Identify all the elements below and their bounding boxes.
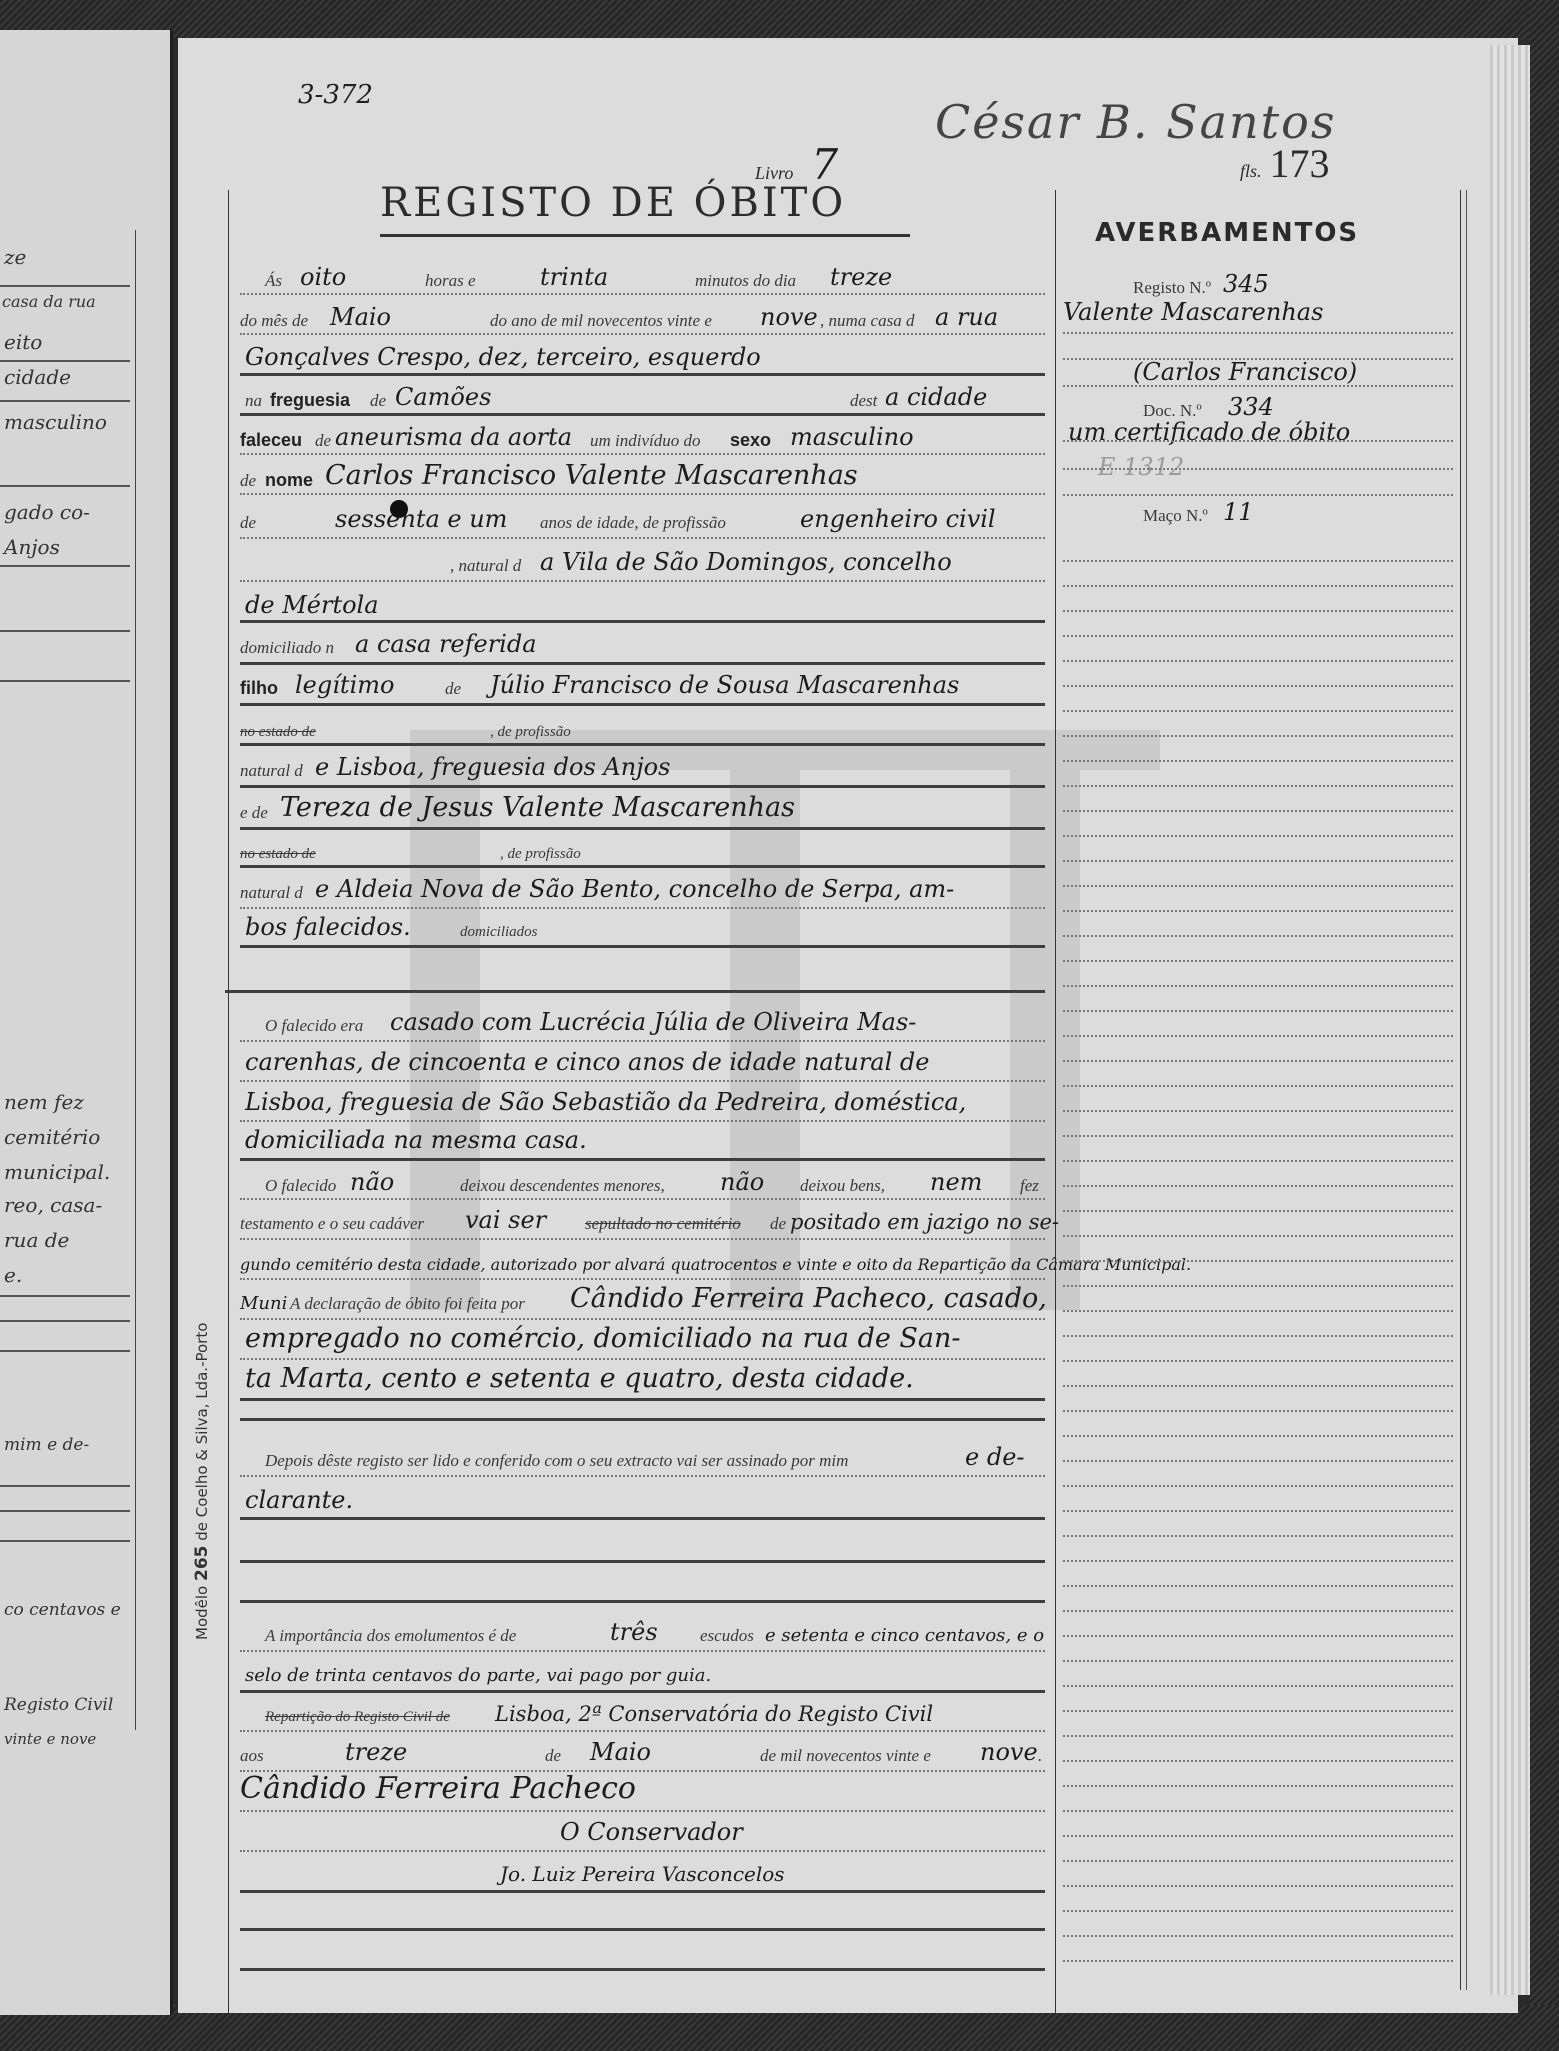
filiation-value: legítimo	[295, 671, 394, 699]
year-value: nove	[760, 303, 818, 331]
averb-stamp-row: E 1312	[1063, 445, 1453, 485]
struck-label: Repartição do Registo Civil de	[265, 1709, 450, 1726]
office-row: Repartição do Registo Civil de Lisboa, 2…	[240, 1690, 1045, 1730]
label: do mês de	[240, 311, 308, 331]
printer-imprint: Modêlo 265 de Coelho & Silva, Lda.-Porto	[192, 1323, 212, 1640]
place-prefix: a rua	[935, 303, 998, 331]
spouse-row-4: domiciliada na mesma casa.	[240, 1118, 1045, 1158]
label: Maço N.º	[1143, 506, 1208, 526]
descendants-value: não	[350, 1168, 394, 1196]
right-frame-line-outer	[1466, 190, 1467, 1990]
page-title: REGISTO DE ÓBITO	[380, 180, 846, 226]
label: de	[240, 471, 256, 491]
cause-of-death-value: aneurisma da aorta	[335, 423, 572, 451]
label: filho	[240, 678, 278, 699]
closing-value: e de-	[965, 1443, 1025, 1471]
label: do ano de mil novecentos vinte e	[490, 311, 712, 331]
burial-authorization-value: gundo cemitério desta cidade, autorizado…	[240, 1255, 1191, 1274]
closing-row-2: clarante.	[240, 1478, 1045, 1518]
left-fragment: Registo Civil	[4, 1695, 113, 1715]
label: anos de idade, de profissão	[540, 513, 726, 533]
left-fragment: vinte e nove	[4, 1730, 96, 1748]
burial-location-value: positado em jazigo no se-	[790, 1210, 1059, 1234]
left-fragment: cemitério	[4, 1125, 100, 1149]
label: , de profissão	[500, 846, 581, 863]
spouse-text: carenhas, de cincoenta e cinco anos de i…	[245, 1048, 929, 1076]
label: de	[770, 1214, 786, 1234]
mother-birthplace-value: e Aldeia Nova de São Bento, concelho de …	[315, 875, 954, 903]
registrar-title: O Conservador	[560, 1818, 743, 1846]
left-page-frame-line	[135, 230, 136, 1730]
declarant-value: ta Marta, cento e setenta e quatro, dest…	[245, 1363, 914, 1394]
label: O falecido era	[265, 1016, 363, 1036]
declarant-value: empregado no comércio, domiciliado na ru…	[245, 1323, 961, 1354]
record-row-birthplace-cont: de Mértola	[240, 583, 1045, 623]
spouse-text: casado com Lucrécia Júlia de Oliveira Ma…	[390, 1008, 916, 1036]
label: sexo	[730, 430, 771, 451]
fee-value: três	[610, 1618, 658, 1646]
record-row-mother: e de Tereza de Jesus Valente Mascarenhas	[240, 787, 1045, 827]
label: horas e	[425, 271, 476, 291]
label: Ás	[265, 271, 282, 291]
imprint-model-number: 265	[192, 1546, 212, 1582]
label: de	[445, 679, 461, 699]
spouse-text: Lisboa, freguesia de São Sebastião da Pe…	[245, 1088, 966, 1116]
burial-value: vai ser	[465, 1206, 546, 1234]
folio-number: 173	[1270, 141, 1330, 186]
record-row-parish: na freguesia de Camões dest a cidade	[240, 375, 1045, 415]
label: .	[1038, 1746, 1042, 1766]
city-value: a cidade	[885, 383, 987, 411]
spouse-row-2: carenhas, de cincoenta e cinco anos de i…	[240, 1040, 1045, 1080]
birthplace-municipality-value: de Mértola	[245, 591, 379, 619]
record-row-mother-birthplace: natural d e Aldeia Nova de São Bento, co…	[240, 867, 1045, 907]
registrar-signature-row: Jo. Luiz Pereira Vasconcelos	[240, 1850, 1045, 1890]
left-fragment: eito	[4, 330, 42, 354]
father-name-value: Júlio Francisco de Sousa Mascarenhas	[490, 671, 959, 699]
label: no estado de	[240, 846, 316, 863]
spouse-row-3: Lisboa, freguesia de São Sebastião da Pe…	[240, 1080, 1045, 1120]
estate-row-1: O falecido não deixou descendentes menor…	[240, 1160, 1045, 1200]
book-cover-top	[0, 0, 1559, 40]
label: deixou descendentes menores,	[460, 1176, 665, 1196]
declarant-value: Cândido Ferreira Pacheco, casado,	[570, 1283, 1047, 1314]
fees-row-1: A importância dos emolumentos é de três …	[240, 1610, 1045, 1650]
label: deixou bens,	[800, 1176, 885, 1196]
stamp-mark: E 1312	[1098, 453, 1184, 481]
domicile-value: a casa referida	[355, 630, 537, 658]
averb-doc-desc-row: um certificado de óbito	[1063, 410, 1453, 450]
record-row-time: Ás oito horas e trinta minutos do dia tr…	[240, 255, 1045, 295]
spouse-text: domiciliada na mesma casa.	[245, 1126, 587, 1154]
record-row-father-birthplace: natural d e Lisboa, freguesia dos Anjos	[240, 745, 1045, 785]
label: natural d	[240, 883, 303, 903]
left-fragment: casa da rua	[2, 292, 96, 311]
label: , natural d	[450, 556, 521, 576]
fees-row-2: selo de trinta centavos do parte, vai pa…	[240, 1650, 1045, 1690]
declarant-prefix: Muni	[240, 1293, 287, 1314]
averb-maco-row: Maço N.º 11	[1063, 490, 1453, 530]
profession-value: engenheiro civil	[800, 505, 996, 533]
label: de	[240, 513, 256, 533]
fee-centavos-value: e setenta e cinco centavos, e o	[765, 1625, 1044, 1646]
registrar-signature: Jo. Luiz Pereira Vasconcelos	[500, 1862, 785, 1886]
averb-name-row-1: Valente Mascarenhas	[1063, 290, 1453, 330]
record-row-domicile: domiciliado n a casa referida	[240, 622, 1045, 662]
left-fragment: co centavos e	[4, 1600, 121, 1620]
date-day-value: treze	[345, 1738, 407, 1766]
left-fragment: cidade	[4, 365, 71, 389]
record-row-cause: faleceu de aneurisma da aorta um indivíd…	[240, 415, 1045, 455]
averb-name-row-2: (Carlos Francisco)	[1063, 350, 1453, 390]
record-row-age-profession: de sessenta e um anos de idade, de profi…	[240, 497, 1045, 537]
folio-field: fls. 173	[1240, 140, 1330, 187]
column-divider	[1055, 190, 1056, 2020]
left-fragment: nem fez	[4, 1090, 84, 1114]
record-row-address: Gonçalves Crespo, dez, terceiro, esquerd…	[240, 335, 1045, 375]
record-row-name: de nome Carlos Francisco Valente Mascare…	[240, 455, 1045, 495]
sex-value: masculino	[790, 423, 914, 451]
age-value: sessenta e um	[335, 505, 507, 533]
left-page-fragment: ze casa da rua eito cidade masculino gad…	[0, 30, 173, 2015]
label: no estado de	[240, 724, 316, 741]
left-fragment: masculino	[4, 410, 107, 434]
label: um indivíduo do	[590, 431, 701, 451]
book-cover-right	[1529, 0, 1559, 2051]
deceased-name-value: Carlos Francisco Valente Mascarenhas	[325, 460, 858, 491]
closing-row-1: Depois dêste registo ser lido e conferid…	[240, 1435, 1045, 1475]
maco-number-value: 11	[1223, 498, 1254, 526]
page-stack-edges	[1490, 45, 1530, 1995]
day-value: treze	[830, 263, 892, 291]
label: aos	[240, 1746, 264, 1766]
label: faleceu	[240, 430, 302, 451]
imprint-prefix: Modêlo	[193, 1586, 211, 1640]
label: de mil novecentos vinte e	[760, 1746, 931, 1766]
left-fragment: Anjos	[4, 535, 60, 559]
date-year-value: nove	[980, 1738, 1038, 1766]
goods-value: não	[720, 1168, 764, 1196]
left-fragment: municipal.	[4, 1160, 110, 1184]
record-row-mother-status: no estado de , de profissão	[240, 827, 1045, 867]
label: fez	[1020, 1176, 1039, 1196]
imprint-suffix: de Coelho & Silva, Lda.-Porto	[193, 1323, 211, 1541]
record-row-father-status: no estado de , de profissão	[240, 705, 1045, 745]
label: O falecido	[265, 1176, 336, 1196]
label: de	[315, 431, 331, 451]
label: freguesia	[270, 390, 350, 411]
label: minutos do dia	[695, 271, 796, 291]
ink-dot	[390, 500, 408, 518]
registry-office-value: Lisboa, 2ª Conservatória do Registo Civi…	[495, 1702, 933, 1726]
left-frame-line	[228, 190, 229, 2020]
record-row-parents-status: bos falecidos. domiciliados	[240, 905, 1045, 945]
left-fragment: mim e de-	[4, 1435, 89, 1455]
label: domiciliado n	[240, 638, 334, 658]
estate-row-2: testamento e o seu cadáver vai ser sepul…	[240, 1198, 1045, 1238]
label: nome	[265, 470, 313, 491]
averb-name-value: Valente Mascarenhas	[1063, 298, 1323, 326]
spouse-row-1: O falecido era casado com Lucrécia Júlia…	[240, 1000, 1045, 1040]
stamp-fee-value: selo de trinta centavos do parte, vai pa…	[245, 1665, 711, 1686]
left-fragment: rua de	[4, 1228, 69, 1252]
label: e de	[240, 803, 268, 823]
will-value: nem	[930, 1168, 982, 1196]
date-month-value: Maio	[590, 1738, 651, 1766]
label: A declaração de óbito foi feita por	[290, 1294, 525, 1314]
averbamentos-title: AVERBAMENTOS	[1095, 218, 1359, 248]
right-frame-line	[1460, 190, 1461, 1990]
parish-value: Camões	[395, 383, 491, 411]
label: Depois dêste registo ser lido e conferid…	[265, 1451, 848, 1471]
estate-row-3: gundo cemitério desta cidade, autorizado…	[240, 1238, 1045, 1278]
label: de	[545, 1746, 561, 1766]
left-fragment: reo, casa-	[4, 1193, 102, 1217]
declarant-row-2: empregado no comércio, domiciliado na ru…	[240, 1318, 1045, 1358]
record-row-birthplace: , natural d a Vila de São Domingos, conc…	[240, 540, 1045, 580]
birthplace-value: a Vila de São Domingos, concelho	[540, 548, 952, 576]
averb-name-value: (Carlos Francisco)	[1133, 358, 1357, 386]
left-fragment: e.	[4, 1263, 22, 1287]
label: na	[245, 391, 262, 411]
registrar-title-row: O Conservador	[240, 1810, 1045, 1850]
reference-number: 3-372	[298, 80, 373, 110]
struck-label: sepultado no cemitério	[585, 1214, 741, 1234]
label: , numa casa d	[820, 311, 914, 331]
declarant-row-3: ta Marta, cento e setenta e quatro, dest…	[240, 1358, 1045, 1398]
hour-value: oito	[300, 263, 346, 291]
left-fragment: ze	[4, 245, 26, 269]
father-birthplace-value: e Lisboa, freguesia dos Anjos	[315, 753, 670, 781]
minutes-value: trinta	[540, 263, 608, 291]
label: A importância dos emolumentos é de	[265, 1626, 516, 1646]
mother-name-value: Tereza de Jesus Valente Mascarenhas	[280, 792, 795, 823]
folio-label: fls.	[1240, 161, 1262, 181]
record-row-father: filho legítimo de Júlio Francisco de Sou…	[240, 663, 1045, 703]
address-value: Gonçalves Crespo, dez, terceiro, esquerd…	[245, 343, 761, 371]
label: domiciliados	[460, 924, 538, 941]
left-fragment: gado co-	[4, 500, 90, 524]
record-row-month-year: do mês de Maio do ano de mil novecentos …	[240, 295, 1045, 335]
label: escudos	[700, 1626, 754, 1646]
label: natural d	[240, 761, 303, 781]
month-value: Maio	[330, 303, 391, 331]
declarant-signature: Cândido Ferreira Pacheco	[240, 1771, 636, 1806]
declarant-signature-row: Cândido Ferreira Pacheco	[240, 1770, 1045, 1810]
declarant-row-1: Muni A declaração de óbito foi feita por…	[240, 1278, 1045, 1318]
label: testamento e o seu cadáver	[240, 1214, 424, 1234]
label: dest	[850, 391, 877, 411]
title-underline	[380, 234, 910, 237]
closing-value: clarante.	[245, 1486, 353, 1514]
label: de	[370, 391, 386, 411]
date-row: aos treze de Maio de mil novecentos vint…	[240, 1730, 1045, 1770]
label: , de profissão	[490, 724, 571, 741]
parents-status-value: bos falecidos.	[245, 913, 411, 941]
